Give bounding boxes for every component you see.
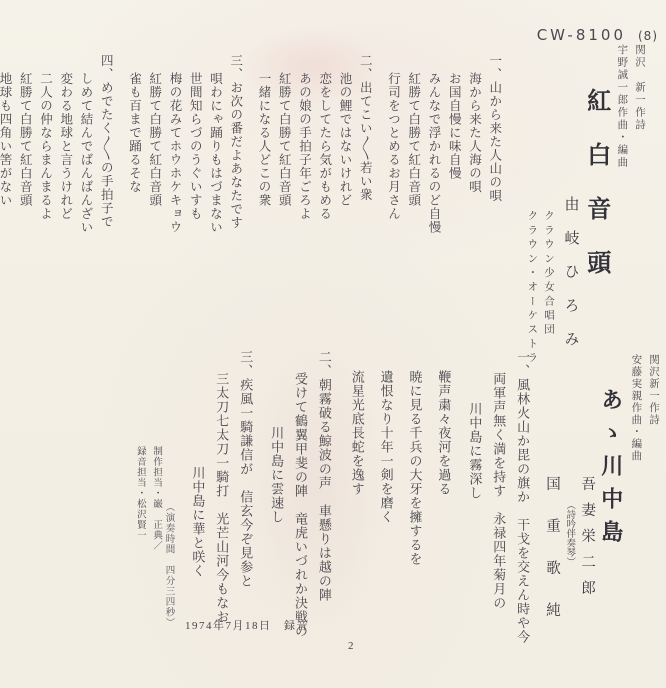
artist-name: 由岐ひろみ: [560, 38, 580, 372]
lyric-line: 紅勝て白勝て紅白音頭: [17, 38, 33, 372]
lyric-line: 三、お次の番だよあなたです: [228, 38, 244, 372]
verse-4: 四、めでたく〳〵の手拍子で しめて結んでばんばんざい 変わる地球と言うけれど 二…: [0, 38, 114, 372]
shigin-poem: 鞭声粛々夜河を過る 暁に見る千兵の大牙を擁するを 遺恨なり十年一剣を磨く 流星光…: [348, 346, 452, 682]
lyric-line: 両軍声無く満を持す 永禄四年菊月の: [489, 346, 506, 682]
lyric-line: 紅勝て白勝て紅白音頭: [147, 38, 163, 372]
verse-3: 三、お次の番だよあなたです 唄わにゃ踊りもはづまない 世間知らづのうぐいすも 梅…: [126, 38, 244, 372]
recording-date: 1974年7月18日 録音: [185, 617, 309, 633]
lyric-line: 雀も百まで踊るそな: [126, 38, 142, 372]
lyric-line: 二、出てこい〳〵若い衆: [357, 38, 373, 372]
lyric-line: 世間知らづのうぐいすも: [187, 38, 203, 372]
lyric-line: あの娘の手拍子年ごろよ: [296, 38, 312, 372]
performers: 由岐ひろみ クラウン少女合唱団 クラウン・オーケストラ: [525, 38, 580, 372]
performance-duration: （演奏時間 四分三四秒）: [162, 346, 174, 682]
lyric-line: 恋をしてたら気がもめる: [317, 38, 333, 372]
record-liner-page: CW-8100 (8) 関沢 新一作詩 宇野誠一郎作曲・編曲 紅白音頭 由岐ひろ…: [0, 0, 666, 688]
song-credits: 関沢 新一作詩 宇野誠一郎作曲・編曲: [615, 38, 646, 372]
accompanist-name: 国重歌純: [542, 346, 561, 682]
lyric-line: お国自慢に味自慢: [446, 38, 462, 372]
lyric-line: 海から来た人海の唄: [466, 38, 482, 372]
lyric-line: 一緒になる人どこの衆: [256, 38, 272, 372]
lyric-line: 唄わにゃ踊りもはづまない: [207, 38, 223, 372]
lyric-line: 池の鯉ではないけれど: [337, 38, 353, 372]
composer-credit: 安藤実親作曲・編曲: [629, 346, 643, 682]
composer-credit: 宇野誠一郎作曲・編曲: [615, 38, 629, 372]
lyric-line: 紅勝て白勝て紅白音頭: [406, 38, 422, 372]
orchestra-name: クラウン・オーケストラ: [525, 38, 539, 372]
lyric-line: 一、山から来た人山の唄: [487, 38, 503, 372]
section-kohaku-ondo: 関沢 新一作詩 宇野誠一郎作曲・編曲 紅白音頭 由岐ひろみ クラウン少女合唱団 …: [0, 38, 646, 372]
production-credit-line: 制作担当・巌 正典／: [150, 346, 162, 682]
lyric-line: 梅の花みてホウホケキョウ: [167, 38, 183, 372]
song-credits: 関沢新一作詩 安藤実親作曲・編曲: [629, 346, 660, 682]
lyric-line: 紅勝て白勝て紅白音頭: [276, 38, 292, 372]
accompaniment-note: （詩吟伴奏琴）: [563, 346, 575, 682]
lyric-line: 二人の仲ならまんまるよ: [37, 38, 53, 372]
song-title: あゝ川中島: [596, 346, 625, 682]
lyric-line: 変わる地球と言うけれど: [58, 38, 74, 372]
poem-line: 暁に見る千兵の大牙を擁するを: [406, 346, 423, 682]
song-title: 紅白音頭: [580, 38, 611, 372]
chorus-name: クラウン少女合唱団: [541, 38, 555, 372]
artist-name: 吾妻栄二郎: [577, 346, 596, 682]
production-credit-line: 録音担当・松沢賢一: [133, 346, 145, 682]
lyricist-credit: 関沢新一作詩: [646, 346, 660, 682]
lyricist-credit: 関沢 新一作詩: [632, 38, 646, 372]
lyric-line: 一、風林火山か毘の旗か 干戈を交えん時や今: [513, 346, 530, 682]
lyric-line: 二、朝霧破る鯨波の声 車懸りは越の陣: [315, 346, 332, 682]
verse-2: 二、出てこい〳〵若い衆 池の鯉ではないけれど 恋をしてたら気がもめる あの娘の手…: [256, 38, 374, 372]
page-number: 2: [348, 640, 354, 652]
poem-line: 遺恨なり十年一剣を磨く: [377, 346, 394, 682]
lyric-line: みんなで浮かれるのど自慢: [426, 38, 442, 372]
verse-1: 一、山から来た人山の唄 海から来た人海の唄 お国自慢に味自慢 みんなで浮かれるの…: [385, 38, 503, 372]
performers: 吾妻栄二郎 （詩吟伴奏琴） 国重歌純: [542, 346, 596, 682]
production-credits: 制作担当・巌 正典／ 録音担当・松沢賢一: [133, 346, 162, 682]
lyric-line: 地球も四角い筈がない: [0, 38, 13, 372]
poem-line: 流星光底長蛇を逸す: [348, 346, 365, 682]
lyric-line: 川中島に霧深し: [465, 346, 482, 682]
poem-line: 鞭声粛々夜河を過る: [435, 346, 452, 682]
lyric-line: 四、めでたく〳〵の手拍子で: [98, 38, 114, 372]
lyric-line: 行司をつとめるお月さん: [385, 38, 401, 372]
lyric-line: しめて結んでばんばんざい: [78, 38, 94, 372]
verse-1: 一、風林火山か毘の旗か 干戈を交えん時や今 両軍声無く満を持す 永禄四年菊月の …: [465, 346, 530, 682]
